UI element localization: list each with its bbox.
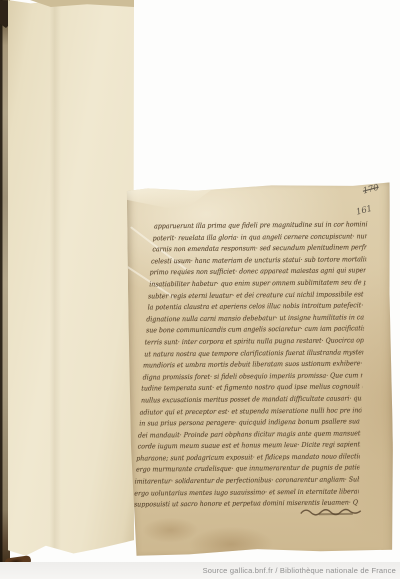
folio-number-old: 170 [362,183,380,197]
end-flourish-mark [299,507,363,518]
manuscript-photo: 170 161 apparuerunt illa prima que fidel… [0,0,400,579]
blank-parchment-page [8,0,134,558]
source-caption: Source gallica.bnf.fr / Bibliothèque nat… [203,566,396,575]
caption-bar: Source gallica.bnf.fr / Bibliothèque nat… [0,562,400,579]
folio-number-new: 161 [355,204,373,218]
page-corner-fold [127,184,219,211]
manuscript-text-block: apparuerunt illa prima que fideli pre ma… [134,219,386,511]
manuscript-text-page: 170 161 apparuerunt illa prima que fidel… [127,182,395,556]
